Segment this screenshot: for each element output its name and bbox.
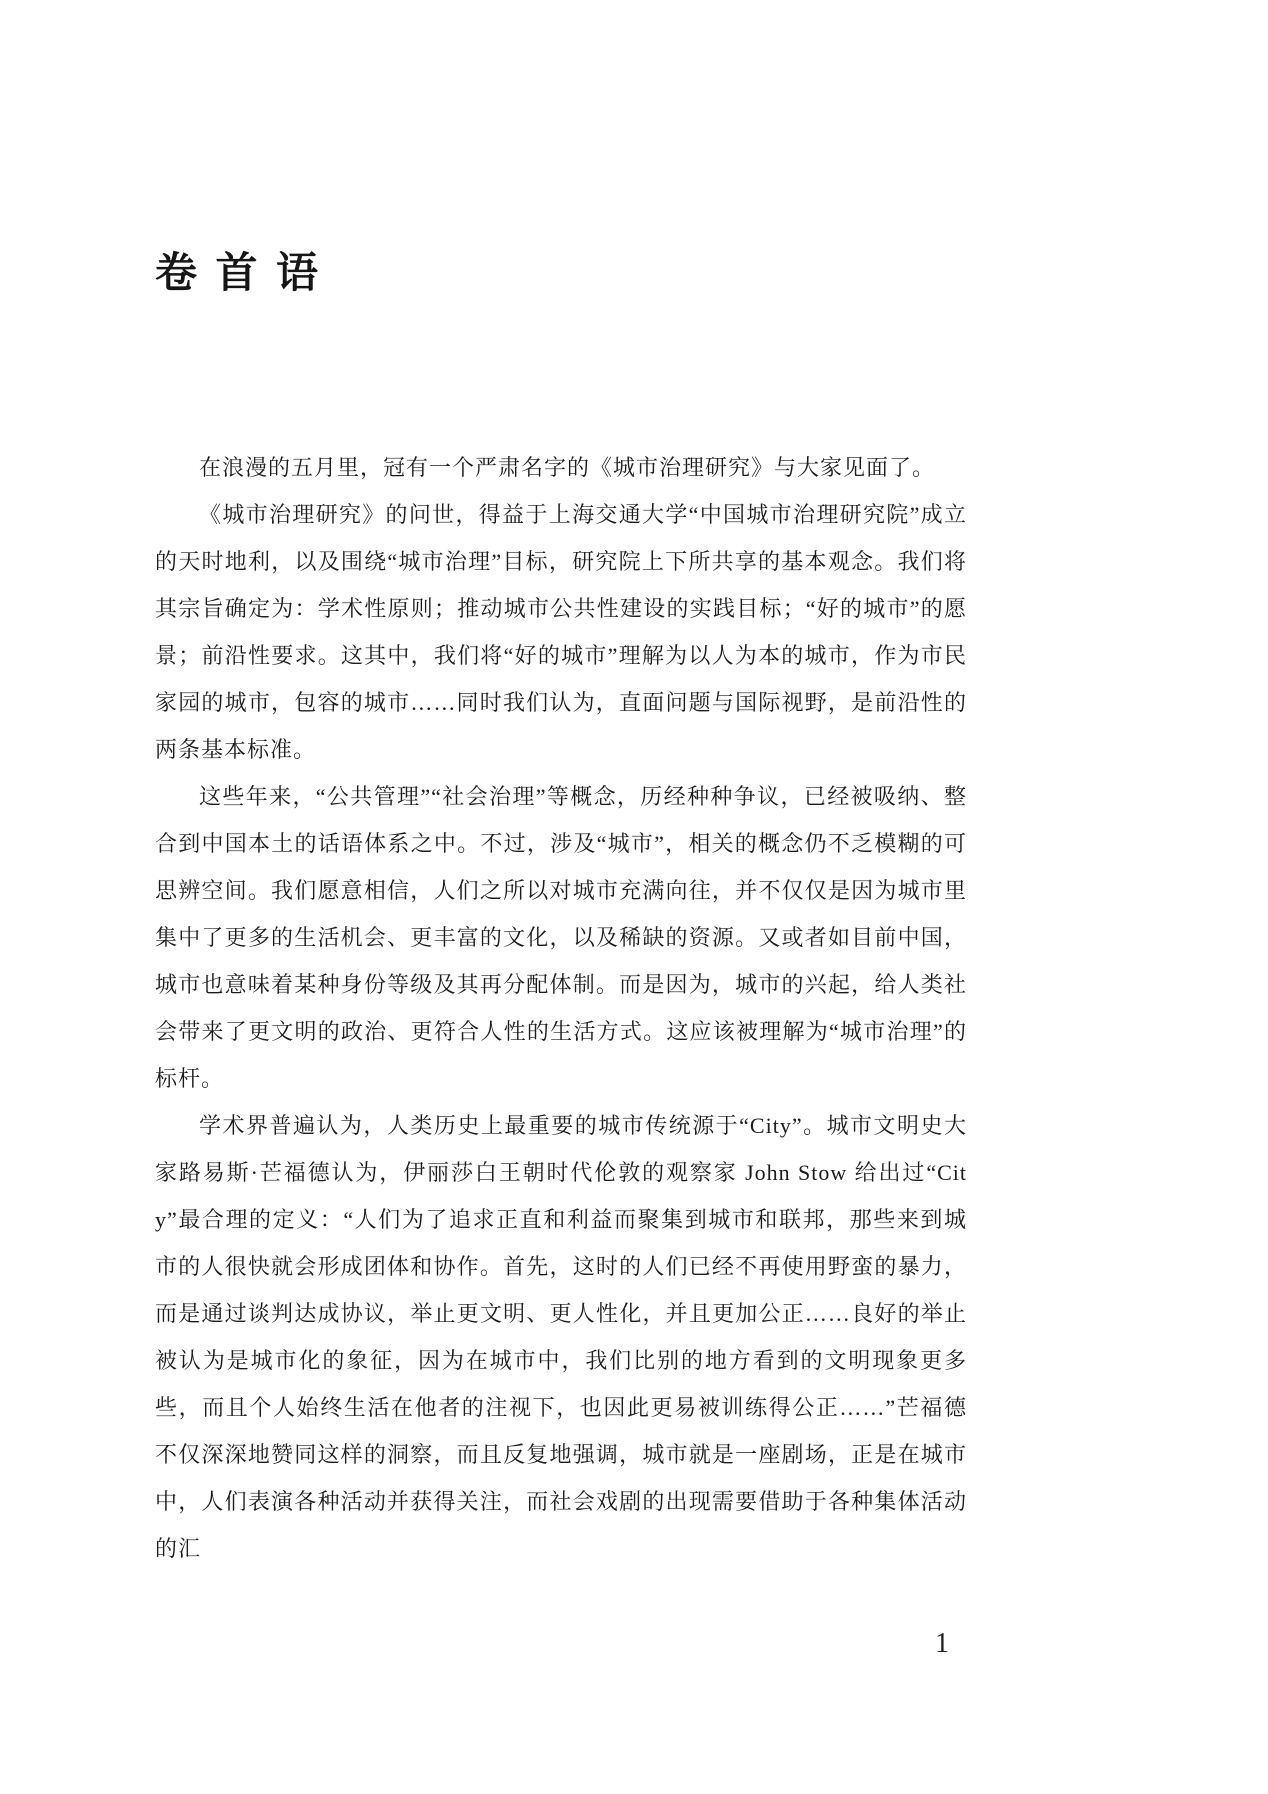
text-block: 卷 首 语 在浪漫的五月里，冠有一个严肃名字的《城市治理研究》与大家见面了。 《… [155,0,967,1572]
body-paragraph: 在浪漫的五月里，冠有一个严肃名字的《城市治理研究》与大家见面了。 [155,444,967,491]
page-title: 卷 首 语 [155,0,967,298]
body-text: 在浪漫的五月里，冠有一个严肃名字的《城市治理研究》与大家见面了。 《城市治理研究… [155,444,967,1572]
body-paragraph: 《城市治理研究》的问世，得益于上海交通大学“中国城市治理研究院”成立的天时地利，… [155,491,967,773]
document-page: 卷 首 语 在浪漫的五月里，冠有一个严肃名字的《城市治理研究》与大家见面了。 《… [0,0,1268,1794]
body-paragraph: 学术界普遍认为，人类历史上最重要的城市传统源于“City”。城市文明史大家路易斯… [155,1102,967,1572]
page-number: 1 [155,1628,967,1660]
body-paragraph: 这些年来，“公共管理”“社会治理”等概念，历经种种争议，已经被吸纳、整合到中国本… [155,773,967,1102]
